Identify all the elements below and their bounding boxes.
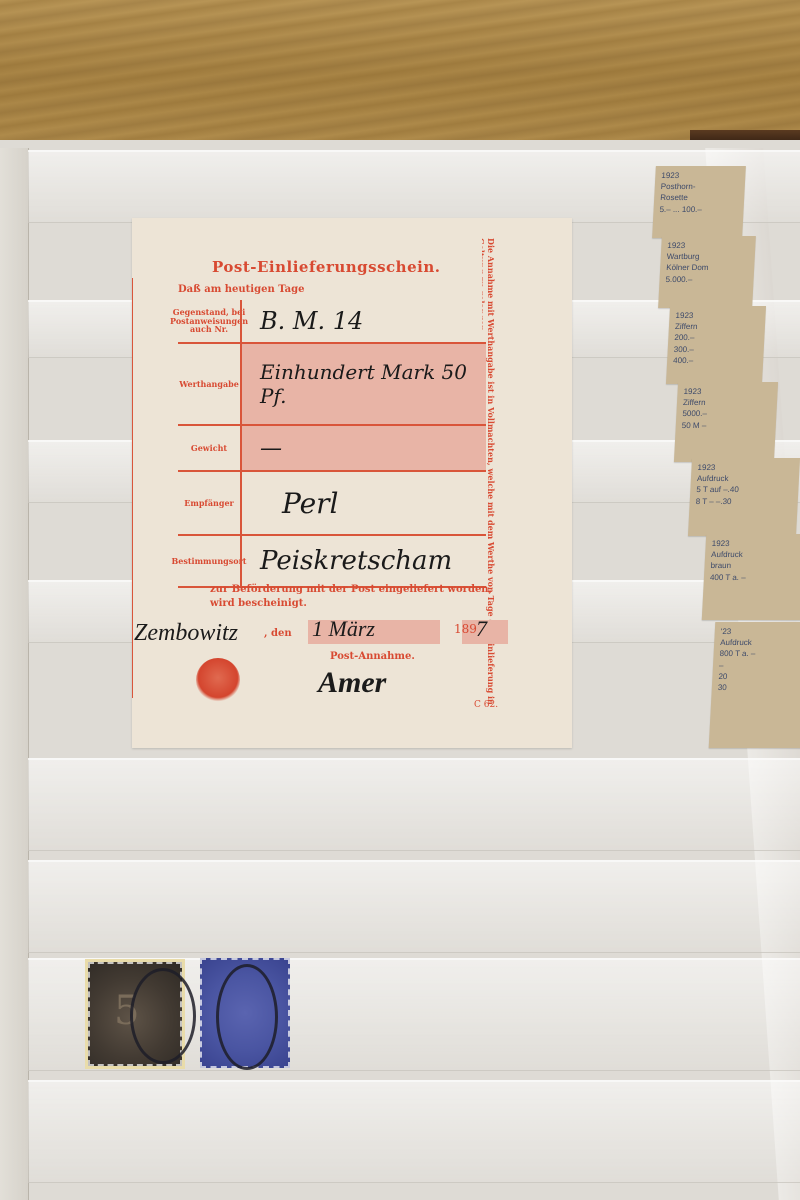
receipt-certification: zur Beförderung mit der Post eingeliefer…	[210, 583, 500, 610]
label-line: 1923	[683, 386, 772, 397]
receipt-year-printed: 189	[454, 622, 477, 636]
album-page-left-edge	[0, 148, 29, 1200]
label-line: Rosette	[660, 192, 739, 203]
label-line: 5000.–	[682, 408, 771, 419]
receipt-den-label: , den	[264, 628, 292, 639]
row-label: Gegenstand, bei Postanweisungen auch Nr.	[178, 300, 240, 342]
receipt-row-recipient: Empfänger Perl	[178, 472, 486, 536]
label-line: Aufdruck	[697, 473, 794, 484]
row-label: Bestimmungsort	[178, 536, 240, 586]
receipt-form-code: C 62.	[474, 700, 498, 710]
label-line: Wartburg	[667, 251, 750, 262]
eagle-seal-icon	[196, 658, 240, 702]
label-line: 8 T – –.30	[695, 496, 792, 507]
postmark-icon	[130, 968, 196, 1064]
label-line: 30	[718, 682, 800, 693]
catalog-label: 1923 Ziffern 5000.– 50 M –	[674, 382, 778, 462]
receipt-post-annahme: Post-Annahme.	[330, 651, 415, 662]
label-line: 1923	[667, 240, 750, 251]
label-line: Aufdruck	[720, 637, 800, 648]
label-line: 20	[718, 671, 800, 682]
catalog-label: 1923 Aufdruck 5 T auf –.40 8 T – –.30	[688, 458, 800, 536]
label-line: 1923	[697, 462, 794, 473]
label-line: '23	[721, 626, 800, 637]
label-line: Aufdruck	[711, 549, 800, 560]
receipt-table: Gegenstand, bei Postanweisungen auch Nr.…	[178, 300, 486, 588]
label-line: 200.–	[674, 332, 759, 343]
label-line: 400.–	[673, 355, 758, 366]
receipt-left-rule	[132, 278, 133, 698]
catalog-label: 1923 Aufdruck braun 400 T a. –	[702, 534, 800, 620]
row-value: Peiskretscham	[240, 536, 486, 586]
label-line: Kölner Dom	[666, 262, 749, 273]
label-line: 5.000.–	[665, 274, 748, 285]
label-line: Ziffern	[675, 321, 760, 332]
label-line: 1923	[661, 170, 740, 181]
receipt-row-destination: Bestimmungsort Peiskretscham	[178, 536, 486, 588]
row-label: Empfänger	[178, 472, 240, 534]
label-line: 800 T a. –	[719, 648, 800, 659]
label-line: braun	[710, 560, 799, 571]
album-strip	[28, 860, 800, 953]
row-value: Einhundert Mark 50 Pf.	[240, 344, 486, 424]
label-line: 1923	[711, 538, 800, 549]
catalog-labels: 1923 Posthorn- Rosette 5.– ... 100.– 192…	[652, 166, 800, 756]
album-strip	[28, 758, 800, 851]
label-line: 1923	[675, 310, 760, 321]
receipt-place: Zembowitz	[134, 620, 238, 647]
label-line: Posthorn-	[661, 181, 740, 192]
label-line: –	[719, 660, 800, 671]
row-value: —	[240, 426, 486, 470]
catalog-label: 1923 Ziffern 200.– 300.– 400.–	[666, 306, 766, 384]
row-value: Perl	[240, 472, 486, 534]
receipt-row-item: Gegenstand, bei Postanweisungen auch Nr.…	[178, 300, 486, 344]
catalog-label: 1923 Wartburg Kölner Dom 5.000.–	[658, 236, 756, 308]
receipt-signature: Amer	[318, 666, 386, 700]
receipt-row-weight: Gewicht —	[178, 426, 486, 472]
receipt-subtitle: Daß am heutigen Tage	[178, 284, 305, 295]
stamp-blue	[200, 958, 290, 1068]
row-label: Gewicht	[178, 426, 240, 470]
wooden-surface	[0, 0, 800, 150]
postmark-icon	[216, 964, 278, 1070]
receipt-title: Post-Einlieferungsschein.	[212, 258, 440, 276]
catalog-label: 1923 Posthorn- Rosette 5.– ... 100.–	[652, 166, 746, 238]
row-label: Werthangabe	[178, 344, 240, 424]
label-line: 5.– ... 100.–	[659, 204, 738, 215]
label-line: Ziffern	[683, 397, 772, 408]
catalog-label: '23 Aufdruck 800 T a. – – 20 30	[709, 622, 800, 748]
album-strip	[28, 1080, 800, 1183]
receipt-year-handwritten: 7	[476, 616, 487, 642]
label-line: 5 T auf –.40	[696, 484, 793, 495]
postal-receipt: Post-Einlieferungsschein. Daß am heutige…	[132, 218, 572, 748]
receipt-row-value: Werthangabe Einhundert Mark 50 Pf.	[178, 344, 486, 426]
label-line: 50 M –	[682, 420, 771, 431]
label-line: 300.–	[673, 344, 758, 355]
row-value: B. M. 14	[240, 300, 486, 342]
receipt-date: 1 März	[312, 616, 375, 642]
stamp-brown: 5	[88, 962, 182, 1066]
label-line: 400 T a. –	[710, 572, 799, 583]
